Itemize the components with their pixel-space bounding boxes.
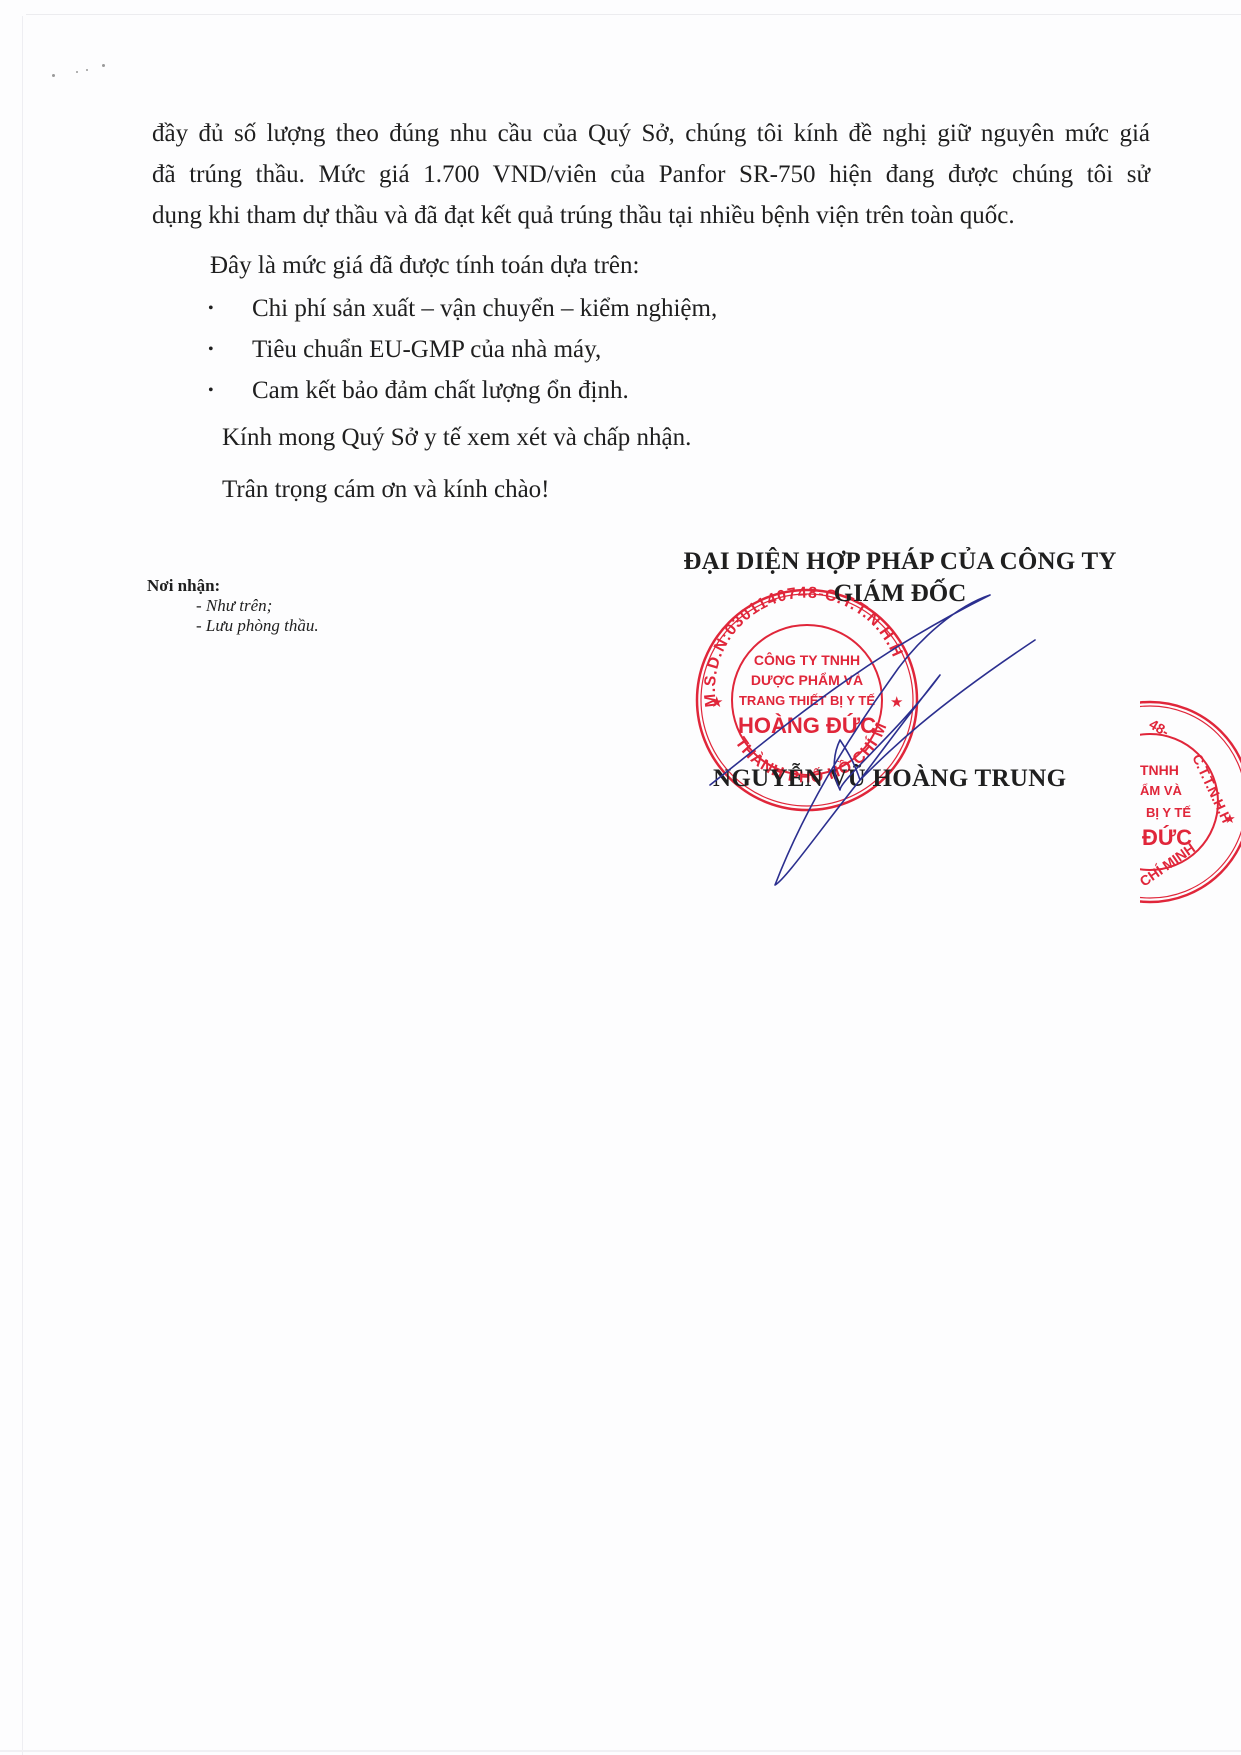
partial-stamp-line: BỊ Y TẾ [1146, 805, 1191, 820]
price-basis-intro: Đây là mức giá đã được tính toán dựa trê… [210, 249, 639, 283]
bullet-icon: • [208, 370, 214, 411]
bullet-icon: • [208, 329, 214, 370]
recipients-heading: Nơi nhận: [147, 576, 319, 596]
list-item-text: Chi phí sản xuất – vận chuyển – kiểm ngh… [252, 295, 717, 322]
list-item: •Cam kết bảo đảm chất lượng ổn định. [200, 370, 717, 411]
list-item: •Chi phí sản xuất – vận chuyển – kiểm ng… [200, 288, 717, 329]
price-basis-list: •Chi phí sản xuất – vận chuyển – kiểm ng… [200, 288, 717, 411]
scan-specks [50, 60, 110, 80]
paragraph-line: dụng khi tham dự thầu và đã đạt kết quả … [152, 195, 1150, 236]
handwritten-signature [690, 580, 1060, 900]
partial-stamp-line: ẨM VÀ [1140, 783, 1183, 798]
recipient-item: - Lưu phòng thầu. [147, 616, 319, 636]
bullet-icon: • [208, 288, 214, 329]
signatory-title: ĐẠI DIỆN HỢP PHÁP CỦA CÔNG TY [665, 548, 1135, 576]
scan-edge-bottom [0, 1750, 1241, 1752]
paragraph-line: đầy đủ số lượng theo đúng nhu cầu của Qu… [152, 113, 1150, 154]
closing-thanks: Trân trọng cám ơn và kính chào! [222, 476, 550, 504]
recipients-block: Nơi nhận: - Như trên; - Lưu phòng thầu. [147, 576, 319, 636]
list-item-text: Tiêu chuẩn EU-GMP của nhà máy, [252, 336, 601, 363]
partial-stamp: 48- C.T.T.N.H.H TNHH ẨM VÀ BỊ Y TẾ ĐỨC ★… [1140, 697, 1241, 907]
partial-stamp-line: TNHH [1140, 762, 1179, 778]
closing-request: Kính mong Quý Sở y tế xem xét và chấp nh… [222, 424, 691, 452]
scan-edge-left [22, 16, 23, 1755]
recipient-item: - Như trên; [147, 596, 319, 616]
body-paragraph: đầy đủ số lượng theo đúng nhu cầu của Qu… [152, 113, 1150, 236]
scan-edge-top [26, 14, 1241, 15]
list-item-text: Cam kết bảo đảm chất lượng ổn định. [252, 377, 629, 404]
star-icon: ★ [1224, 811, 1236, 826]
list-item: •Tiêu chuẩn EU-GMP của nhà máy, [200, 329, 717, 370]
paragraph-line: đã trúng thầu. Mức giá 1.700 VND/viên củ… [152, 154, 1150, 195]
